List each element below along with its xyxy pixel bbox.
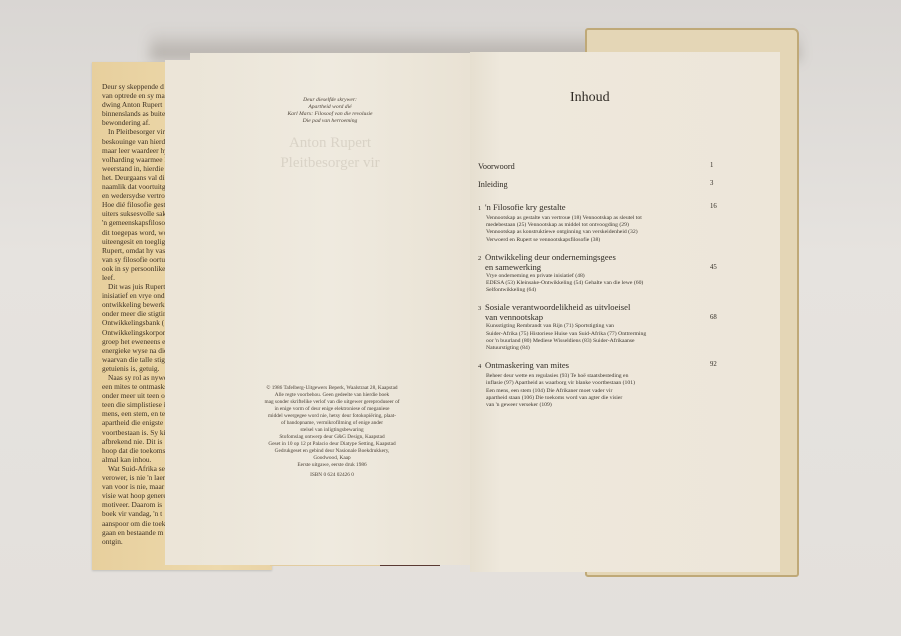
colophon-line: of bandopname, vermikrofilming of enige … [242, 420, 422, 427]
isbn: ISBN 0 624 02426 0 [242, 472, 422, 479]
chapter-title-line: Sosiale verantwoordelikheid as uitvloeis… [485, 302, 685, 312]
chapter-title: Ontmaskering van mites [485, 360, 685, 372]
section-line: Natuurstigting (84) [486, 345, 696, 352]
section-line: van 'n geweer verseker (109) [486, 402, 696, 409]
chapter-sections: Vrye onderneming en private inisiatief (… [478, 273, 696, 295]
chapter-title-line: Ontmaskering van mites [485, 360, 685, 370]
toc-chapter: 4Ontmaskering van mites92Beheer deur wet… [478, 360, 728, 409]
section-line: apartheid staan (106) Die toekoms word v… [486, 395, 696, 402]
chapter-heading: 4Ontmaskering van mites [478, 360, 728, 372]
section-line: Vrye onderneming en private inisiatief (… [486, 273, 696, 280]
chapter-title: 'n Filosofie kry gestalte [485, 202, 685, 214]
chapter-number: 1 [478, 202, 485, 214]
chapter-sections: Kunsstigting Rembrandt van Rijn (71) Spo… [478, 323, 696, 352]
toc-page-number: 16 [710, 203, 717, 210]
toc-page-number: 1 [710, 162, 713, 169]
section-line: Een mens, een stem (104) Die Afrikaner m… [486, 388, 696, 395]
toc-entry: Inleiding3 [478, 180, 728, 198]
section-line: Vennootskap as konstruktiewe ontginning … [486, 229, 696, 236]
ghost-line: Anton Rupert [220, 133, 440, 153]
colophon-line: Alle regte voorbehou. Geen gedeelte van … [242, 392, 422, 399]
chapter-title: Sosiale verantwoordelikheid as uitvloeis… [485, 302, 685, 322]
chapter-heading: 3Sosiale verantwoordelikheid as uitvloei… [478, 302, 728, 322]
ghost-line: Pleitbesorger vir [220, 153, 440, 173]
chapter-number: 2 [478, 252, 485, 272]
toc-page-number: 45 [710, 264, 717, 271]
toc-entry-label: Inleiding [478, 180, 508, 189]
toc-chapter: 1'n Filosofie kry gestalte16Vennootskap … [478, 202, 728, 244]
right-page: Inhoud Voorwoord1Inleiding31'n Filosofie… [470, 52, 780, 572]
chapter-title-line: en samewerking [485, 262, 685, 272]
toc-page-number: 68 [710, 314, 717, 321]
section-line: inflasie (97) Apartheid as waarborg vir … [486, 380, 696, 387]
colophon-line: Gedrukgeset en gebind deur Nasionale Boe… [242, 448, 422, 455]
colophon-line: in enige vorm of deur enige elektroniese… [242, 406, 422, 413]
toc-page-number: 3 [710, 180, 713, 187]
chapter-heading: 2Ontwikkeling deur ondernemingsgeesen sa… [478, 252, 728, 272]
chapter-sections: Beheer deur wette en regulasies (93) Te … [478, 373, 696, 409]
chapter-title: Ontwikkeling deur ondernemingsgeesen sam… [485, 252, 685, 272]
epigraph-line: Die pad van herroeming [250, 118, 410, 125]
colophon: © 1986 Tafelberg-Uitgewers Beperk, Waals… [242, 385, 422, 479]
section-line: Kunsstigting Rembrandt van Rijn (71) Spo… [486, 323, 696, 330]
left-page: Deur dieselfde skrywer:Apartheid word di… [190, 53, 471, 565]
epigraph-line: Deur dieselfde skrywer: [250, 97, 410, 104]
chapter-title-line: Ontwikkeling deur ondernemingsgees [485, 252, 685, 262]
chapter-title-line: 'n Filosofie kry gestalte [485, 202, 685, 212]
colophon-line: Eerste uitgawe, eerste druk 1986 [242, 462, 422, 469]
toc-entry-label: Voorwoord [478, 162, 515, 171]
chapter-number: 3 [478, 302, 485, 322]
toc-title: Inhoud [570, 90, 610, 106]
colophon-line: Stofomslag ontwerp deur G&G Design, Kaap… [242, 434, 422, 441]
chapter-sections: Vennootskap as gestalte van vertroue (18… [478, 215, 696, 244]
chapter-heading: 1'n Filosofie kry gestalte [478, 202, 728, 214]
section-line: Selfontwikkeling (64) [486, 287, 696, 294]
colophon-line: mag sonder skriftelike verlof van die ui… [242, 399, 422, 406]
epigraph-line: Karl Marx: Filosoof van die revolusie [250, 111, 410, 118]
toc-page-number: 92 [710, 361, 717, 368]
section-line: oor 'n buurland (80) Mediese Wisseldiens… [486, 338, 696, 345]
colophon-line: Geset in 10 op 12 pt Palacio deur Diatyp… [242, 441, 422, 448]
section-line: Verwoerd en Rupert se vennootskapsfiloso… [486, 237, 696, 244]
section-line: Suider-Afrika (75) Historiese Huise van … [486, 331, 696, 338]
epigraph-line: Apartheid word dié [250, 104, 410, 111]
colophon-line: middel weergegee word nie, hetsy deur fo… [242, 413, 422, 420]
colophon-line: Goodwood, Kaap [242, 455, 422, 462]
other-books-list: Deur dieselfde skrywer:Apartheid word di… [250, 97, 410, 125]
colophon-line: © 1986 Tafelberg-Uitgewers Beperk, Waals… [242, 385, 422, 392]
table-of-contents: Voorwoord1Inleiding31'n Filosofie kry ge… [478, 162, 728, 409]
toc-entry: Voorwoord1 [478, 162, 728, 180]
chapter-number: 4 [478, 360, 485, 372]
toc-chapter: 2Ontwikkeling deur ondernemingsgeesen sa… [478, 252, 728, 295]
chapter-title-line: van vennootskap [485, 312, 685, 322]
toc-chapter: 3Sosiale verantwoordelikheid as uitvloei… [478, 302, 728, 352]
show-through-title: Anton RupertPleitbesorger vir [220, 133, 440, 173]
colophon-line: stelsel van inligtingsbewaring [242, 427, 422, 434]
